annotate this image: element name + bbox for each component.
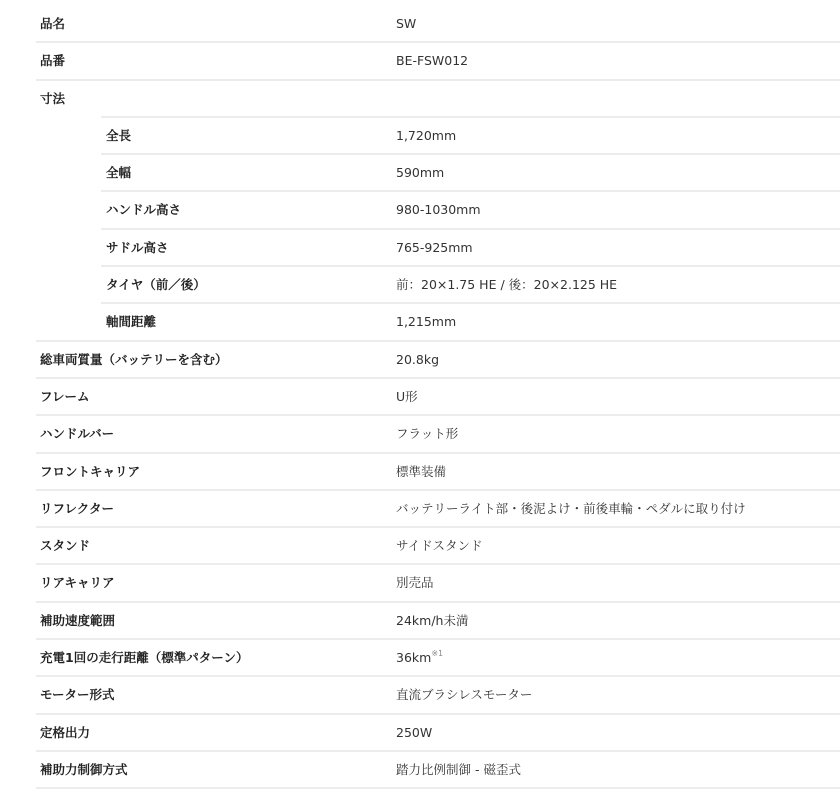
- spec-value: BE-FSW012: [396, 43, 468, 78]
- spec-row-front-carrier: フロントキャリア 標準装備: [0, 454, 840, 491]
- spec-row-total-weight: 総車両質量（バッテリーを含む） 20.8kg: [0, 342, 840, 379]
- spec-value: サイドスタンド: [396, 528, 483, 563]
- spec-label: 充電1回の走行距離（標準パターン）: [40, 640, 248, 675]
- spec-row-assist-control: 補助力制御方式 踏力比例制御 - 磁歪式: [0, 752, 840, 789]
- spec-label: 品番: [40, 43, 65, 78]
- spec-label: 品名: [40, 6, 65, 41]
- spec-label: フロントキャリア: [40, 454, 140, 489]
- spec-label: 全長: [106, 118, 131, 153]
- spec-value: 踏力比例制御 - 磁歪式: [396, 752, 521, 787]
- spec-value-text: 36km: [396, 650, 431, 665]
- spec-label: リフレクター: [40, 491, 114, 526]
- spec-label: 補助力制御方式: [40, 752, 128, 787]
- spec-label: 補助速度範囲: [40, 603, 115, 638]
- spec-value: 590mm: [396, 155, 444, 190]
- spec-row-wheelbase: 軸間距離 1,215mm: [0, 304, 840, 341]
- spec-row-assist-speed-range: 補助速度範囲 24km/h未満: [0, 603, 840, 640]
- spec-value: 標準装備: [396, 454, 446, 489]
- spec-value: 36km※1: [396, 640, 443, 675]
- spec-value: U形: [396, 379, 418, 414]
- spec-label: スタンド: [40, 528, 90, 563]
- spec-row-overall-width: 全幅 590mm: [0, 155, 840, 192]
- row-divider: [36, 787, 840, 789]
- spec-label: フレーム: [40, 379, 90, 414]
- spec-label: モーター形式: [40, 677, 115, 712]
- spec-label: ハンドルバー: [40, 416, 114, 451]
- spec-row-dimensions-group: 寸法: [0, 81, 840, 118]
- spec-row-motor-type: モーター形式 直流ブラシレスモーター: [0, 677, 840, 714]
- spec-label: タイヤ（前／後）: [106, 267, 206, 302]
- spec-value: 別売品: [396, 565, 434, 600]
- spec-row-tires: タイヤ（前／後） 前：20×1.75 HE / 後：20×2.125 HE: [0, 267, 840, 304]
- spec-value: 前：20×1.75 HE / 後：20×2.125 HE: [396, 267, 617, 302]
- spec-value: フラット形: [396, 416, 458, 451]
- spec-value: バッテリーライト部・後泥よけ・前後車輪・ペダルに取り付け: [396, 491, 746, 526]
- spec-row-handle-height: ハンドル高さ 980-1030mm: [0, 192, 840, 229]
- spec-row-product-number: 品番 BE-FSW012: [0, 43, 840, 80]
- spec-value: 直流ブラシレスモーター: [396, 677, 532, 712]
- spec-label: 軸間距離: [106, 304, 156, 339]
- spec-row-rear-carrier: リアキャリア 別売品: [0, 565, 840, 602]
- spec-row-rated-output: 定格出力 250W: [0, 715, 840, 752]
- spec-value: 980-1030mm: [396, 192, 481, 227]
- spec-value: 24km/h未満: [396, 603, 468, 638]
- spec-label: サドル高さ: [106, 230, 169, 265]
- spec-label: 総車両質量（バッテリーを含む）: [40, 342, 228, 377]
- spec-row-product-name: 品名 SW: [0, 6, 840, 43]
- spec-row-saddle-height: サドル高さ 765-925mm: [0, 230, 840, 267]
- spec-label: 全幅: [106, 155, 131, 190]
- spec-label: 定格出力: [40, 715, 90, 750]
- spec-row-reflector: リフレクター バッテリーライト部・後泥よけ・前後車輪・ペダルに取り付け: [0, 491, 840, 528]
- spec-table: 品名 SW 品番 BE-FSW012 寸法 全長 1,720mm 全幅 590m…: [0, 6, 840, 789]
- spec-group-label: 寸法: [40, 81, 65, 116]
- spec-label: リアキャリア: [40, 565, 115, 600]
- spec-row-stand: スタンド サイドスタンド: [0, 528, 840, 565]
- spec-value: 1,215mm: [396, 304, 456, 339]
- spec-row-frame: フレーム U形: [0, 379, 840, 416]
- spec-row-range-per-charge: 充電1回の走行距離（標準パターン） 36km※1: [0, 640, 840, 677]
- spec-label: ハンドル高さ: [106, 192, 181, 227]
- spec-value: 1,720mm: [396, 118, 456, 153]
- spec-row-handlebar: ハンドルバー フラット形: [0, 416, 840, 453]
- spec-value: 765-925mm: [396, 230, 473, 265]
- spec-value: 20.8kg: [396, 342, 439, 377]
- spec-value: SW: [396, 6, 416, 41]
- footnote-marker: ※1: [431, 649, 443, 658]
- spec-value: 250W: [396, 715, 432, 750]
- spec-row-overall-length: 全長 1,720mm: [0, 118, 840, 155]
